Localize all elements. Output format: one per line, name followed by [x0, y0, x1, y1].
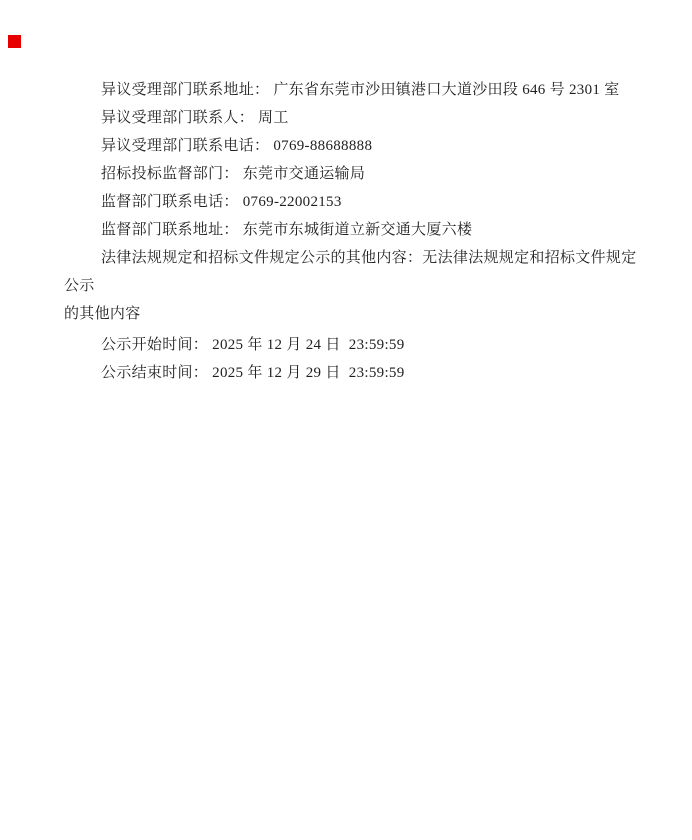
supervision-dept-line: 招标投标监督部门： 东莞市交通运输局	[64, 160, 644, 188]
document-body: 异议受理部门联系地址： 广东省东莞市沙田镇港口大道沙田段 646 号 2301 …	[64, 76, 644, 387]
objection-dept-contact-line: 异议受理部门联系人： 周工	[64, 104, 644, 132]
document-page: 异议受理部门联系地址： 广东省东莞市沙田镇港口大道沙田段 646 号 2301 …	[0, 0, 692, 840]
red-marker-square	[8, 35, 21, 48]
supervision-dept-phone-line: 监督部门联系电话： 0769-22002153	[64, 188, 644, 216]
supervision-dept-address-line: 监督部门联系地址： 东莞市东城街道立新交通大厦六楼	[64, 216, 644, 244]
publicity-end-time-line: 公示结束时间： 2025 年 12 月 29 日 23:59:59	[64, 359, 644, 387]
other-content-line-2: 的其他内容	[64, 300, 644, 328]
publicity-start-time-line: 公示开始时间： 2025 年 12 月 24 日 23:59:59	[64, 331, 644, 359]
objection-dept-phone-line: 异议受理部门联系电话： 0769-88688888	[64, 132, 644, 160]
objection-dept-address-line: 异议受理部门联系地址： 广东省东莞市沙田镇港口大道沙田段 646 号 2301 …	[64, 76, 644, 104]
other-content-line-1: 法律法规规定和招标文件规定公示的其他内容：无法律法规规定和招标文件规定公示	[64, 244, 644, 300]
